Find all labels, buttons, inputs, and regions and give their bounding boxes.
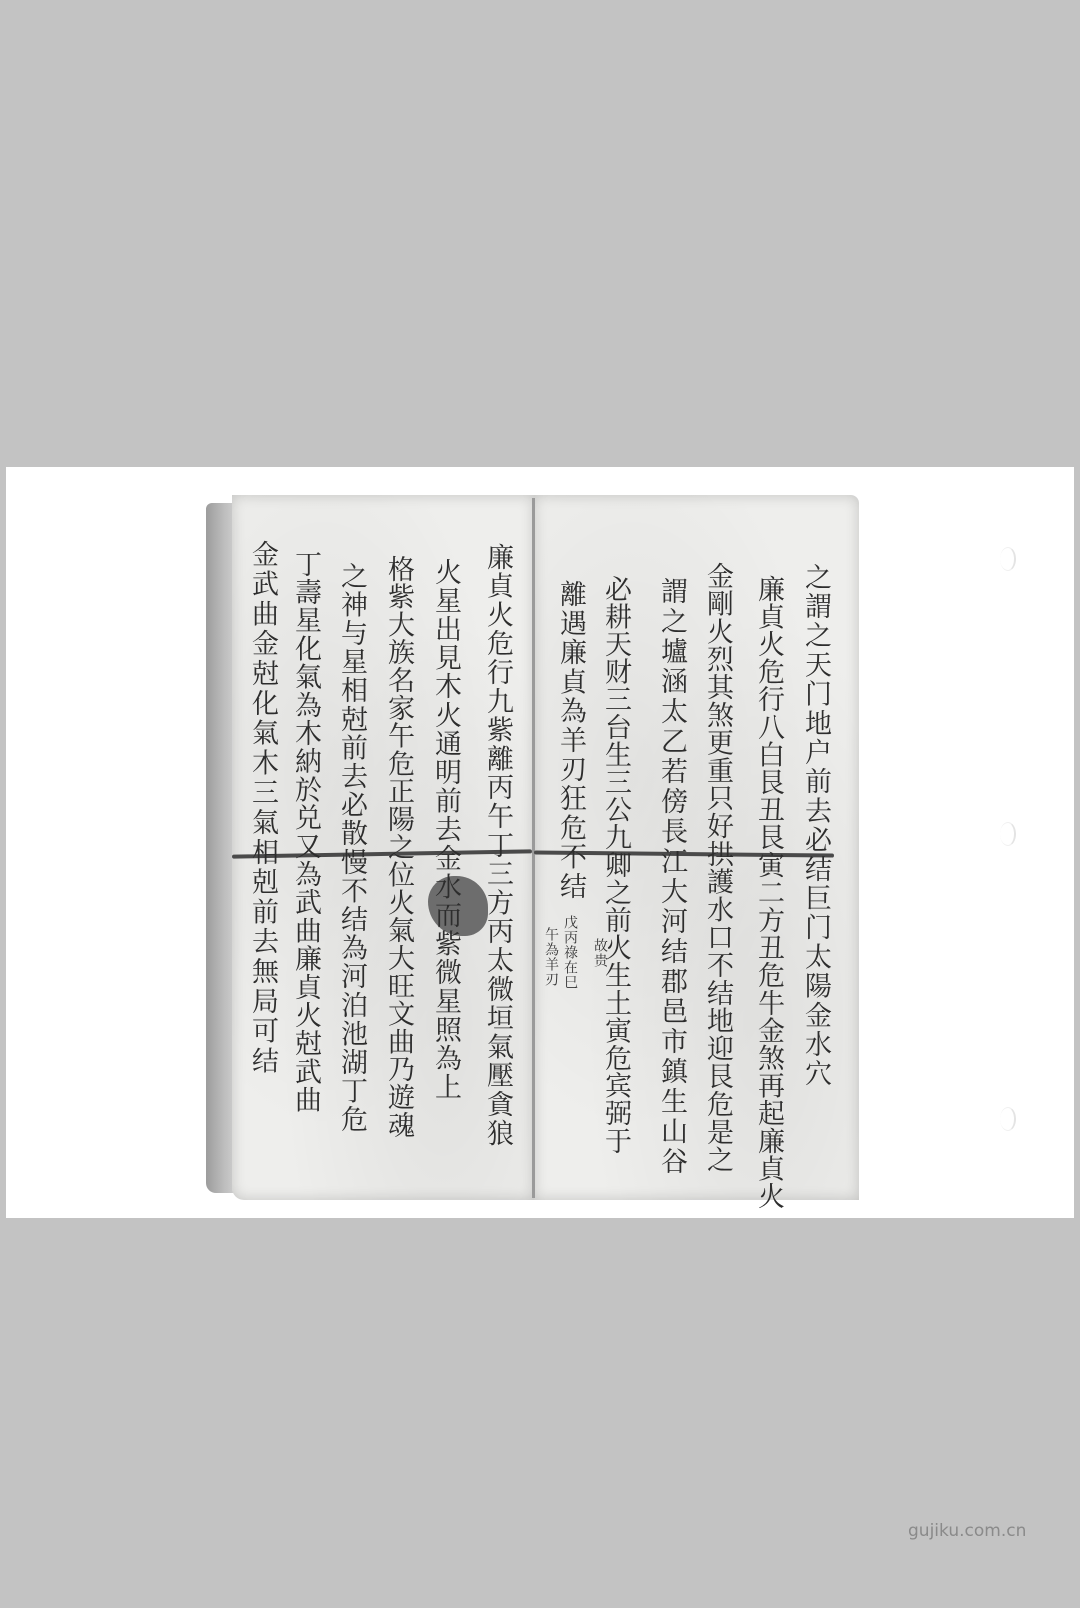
text-column: 之神与星相尅前去必散慢不结為河泊池湖丁危 [336, 562, 366, 1134]
text-column: 之謂之天门地户前去必结巨门太陽金水穴 [800, 563, 830, 1089]
annotation-note: 戊丙祿在巳 [560, 915, 580, 990]
text-column: 金武曲金尅化氣木三氣相剋前去無局可结 [247, 540, 277, 1076]
text-column: 必耕天财三台生三公九卿之前火生土寅危宾弼于 [600, 575, 630, 1155]
annotation-note: 故贵 [590, 938, 610, 968]
text-column: 謂之壚涵太乙若傍長江大河结郡邑市鎮生山谷 [656, 577, 686, 1177]
text-column: 金剛火烈其煞更重只好拱護水口不结地迎艮危是之 [702, 562, 732, 1174]
punch-hole-mark [1000, 547, 1016, 571]
punch-hole-mark [1000, 822, 1016, 846]
page-fold [532, 498, 535, 1198]
annotation-note: 午為羊刃 [541, 927, 561, 987]
text-column: 丁壽星化氣為木納於兑又為武曲廉貞火尅武曲 [290, 550, 320, 1114]
punch-hole-mark [1000, 1107, 1016, 1131]
text-column: 格紫大族名家午危正陽之位火氣大旺文曲乃遊魂 [383, 555, 413, 1139]
text-column: 火星出見木火通明前去金水而紫微星照為上 [430, 558, 460, 1101]
text-column: 廉貞火危行八白艮丑艮寅二方丑危牛金煞再起廉貞火 [753, 575, 783, 1210]
site-watermark: gujiku.com.cn [908, 1521, 1026, 1541]
text-column: 廉貞火危行九紫離丙午丁三方丙太微垣氣壓貪狼 [482, 543, 512, 1148]
text-column: 離遇廉貞為羊刃狂危不结 [555, 580, 585, 901]
